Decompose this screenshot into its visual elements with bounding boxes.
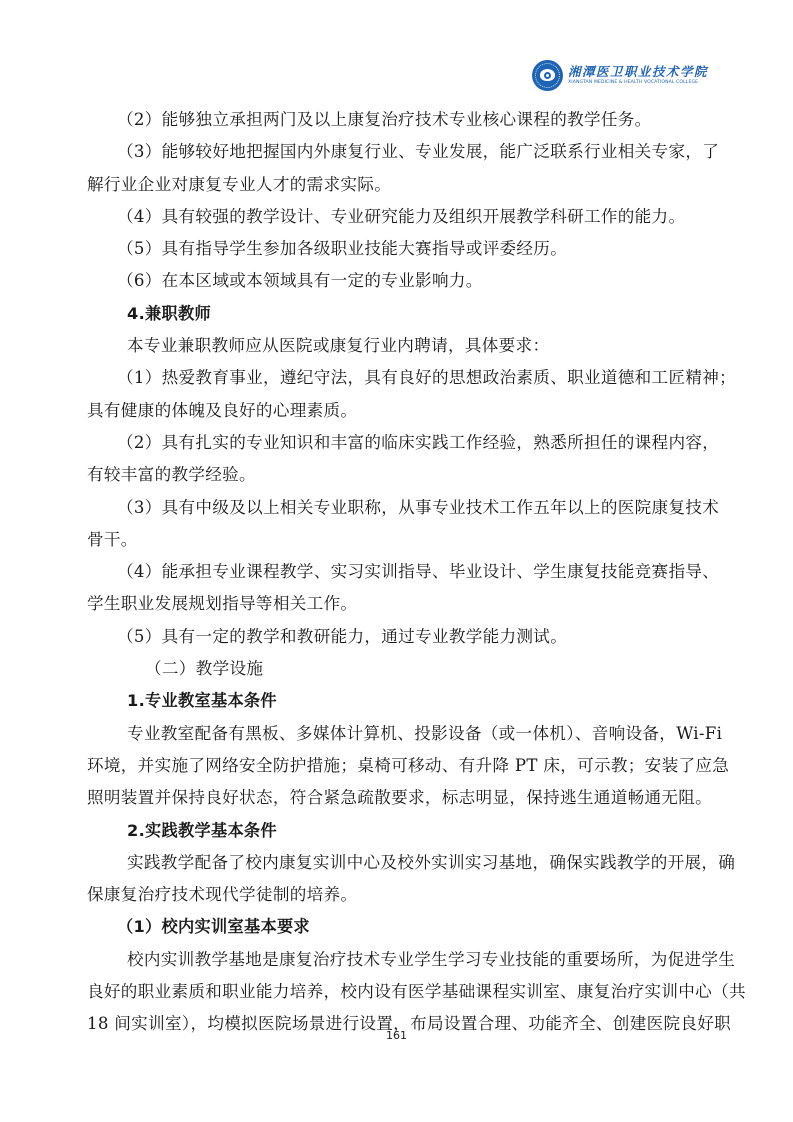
text-line: 骨干。 bbox=[87, 524, 691, 556]
text-line: （2）能够独立承担两门及以上康复治疗技术专业核心课程的教学任务。 bbox=[87, 104, 691, 136]
text-line: 保康复治疗技术现代学徒制的培养。 bbox=[87, 879, 691, 911]
document-body: （2）能够独立承担两门及以上康复治疗技术专业核心课程的教学任务。 （3）能够较好… bbox=[87, 104, 691, 1041]
text-line: （2）具有扎实的专业知识和丰富的临床实践工作经验，熟悉所担任的课程内容， bbox=[87, 427, 691, 459]
text-line: 实践教学配备了校内康复实训中心及校外实训实习基地，确保实践教学的开展，确 bbox=[87, 847, 691, 879]
text-line: （1）热爱教育事业，遵纪守法，具有良好的思想政治素质、职业道德和工匠精神； bbox=[87, 362, 691, 394]
college-emblem-icon bbox=[532, 60, 563, 91]
college-logo: 湘潭医卫职业技术学院 XIANGTAN MEDICINE & HEALTH VO… bbox=[532, 58, 708, 92]
text-line: 校内实训教学基地是康复治疗技术专业学生学习专业技能的重要场所，为促进学生 bbox=[87, 944, 691, 976]
college-name-en: XIANGTAN MEDICINE & HEALTH VOCATIONAL CO… bbox=[568, 79, 708, 86]
text-line: （6）在本区域或本领域具有一定的专业影响力。 bbox=[87, 265, 691, 297]
text-line: （5）具有一定的教学和教研能力，通过专业教学能力测试。 bbox=[87, 621, 691, 653]
section-heading: 4.兼职教师 bbox=[87, 298, 691, 330]
text-line: 良好的职业素质和职业能力培养，校内设有医学基础课程实训室、康复治疗实训中心（共 bbox=[87, 976, 691, 1008]
section-heading: （1）校内实训室基本要求 bbox=[87, 911, 691, 943]
text-line: （3）能够较好地把握国内外康复行业、专业发展，能广泛联系行业相关专家，了 bbox=[87, 136, 691, 168]
text-line: 有较丰富的教学经验。 bbox=[87, 459, 691, 491]
text-line: （3）具有中级及以上相关专业职称，从事专业技术工作五年以上的医院康复技术 bbox=[87, 492, 691, 524]
text-line: 学生职业发展规划指导等相关工作。 bbox=[87, 588, 691, 620]
text-line: 解行业企业对康复专业人才的需求实际。 bbox=[87, 169, 691, 201]
text-line: 照明装置并保持良好状态，符合紧急疏散要求，标志明显，保持逃生通道畅通无阻。 bbox=[87, 782, 691, 814]
text-line: 本专业兼职教师应从医院或康复行业内聘请，具体要求： bbox=[87, 330, 691, 362]
section-heading: 2.实践教学基本条件 bbox=[87, 815, 691, 847]
text-line: 环境，并实施了网络安全防护措施；桌椅可移动、有升降 PT 床，可示教；安装了应急 bbox=[87, 750, 691, 782]
text-line: 具有健康的体魄及良好的心理素质。 bbox=[87, 395, 691, 427]
page-number: 161 bbox=[0, 1029, 793, 1042]
text-line: 专业教室配备有黑板、多媒体计算机、投影设备（或一体机）、音响设备，Wi-Fi bbox=[87, 718, 691, 750]
text-line: （4）能承担专业课程教学、实习实训指导、毕业设计、学生康复技能竞赛指导、 bbox=[87, 556, 691, 588]
section-heading: 1.专业教室基本条件 bbox=[87, 685, 691, 717]
text-line: （4）具有较强的教学设计、专业研究能力及组织开展教学科研工作的能力。 bbox=[87, 201, 691, 233]
text-line: （5）具有指导学生参加各级职业技能大赛指导或评委经历。 bbox=[87, 233, 691, 265]
subsection-heading: （二）教学设施 bbox=[87, 653, 691, 685]
college-name-cn: 湘潭医卫职业技术学院 bbox=[568, 65, 708, 79]
